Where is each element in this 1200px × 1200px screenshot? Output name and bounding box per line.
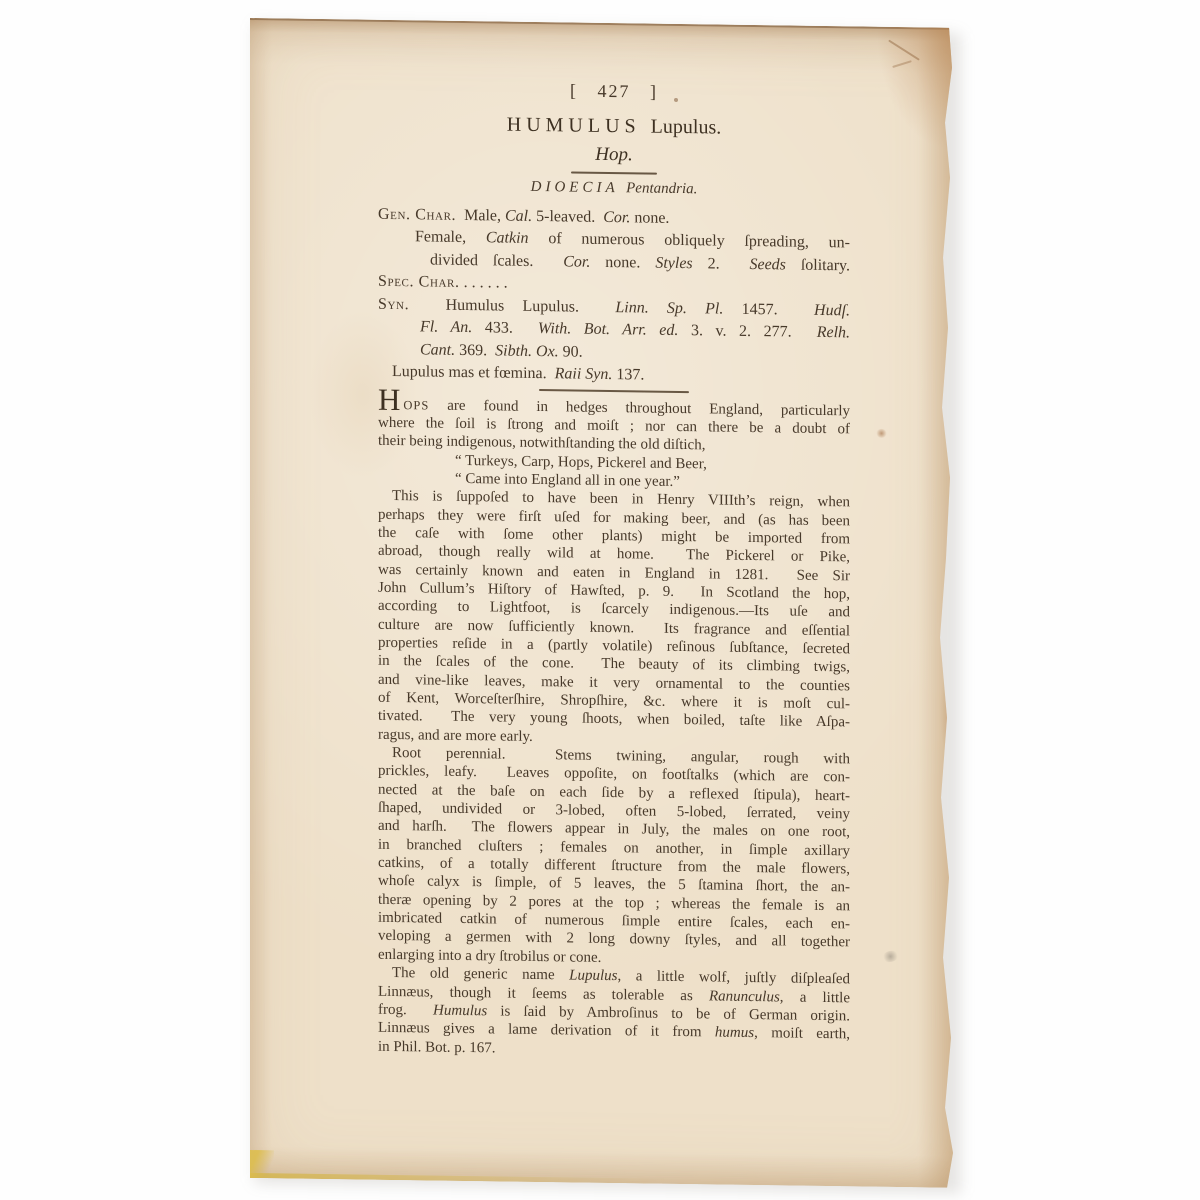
text-segment: , a little [780, 989, 850, 1006]
text-segment: Female, [415, 229, 486, 247]
text-segment: Cor. [563, 253, 590, 270]
text-segment: HUMULUS [507, 114, 641, 138]
text-segment: 2. [693, 255, 750, 273]
text-segment: Cor. [603, 209, 630, 226]
smudge-stain [881, 949, 900, 964]
text-segment: 137. [612, 366, 644, 383]
text-segment: Lupulus. [641, 115, 722, 138]
text-segment: Syn. [378, 296, 409, 313]
text-segment: 5-leaved. [532, 208, 603, 226]
text-segment: Ranunculus [709, 988, 780, 1005]
common-name: Hop. [378, 140, 850, 171]
text-segment: , moiſt earth, [754, 1025, 850, 1042]
text-segment: Spec. Char. [378, 273, 460, 291]
text-segment: divided ſcales. [430, 251, 563, 270]
text-segment: DIOECIA [531, 179, 619, 196]
text-segment: Styles [655, 255, 692, 273]
page-number: [ 427 ] [378, 76, 850, 107]
text-column: [ 427 ] HUMULUS Lupulus. Hop. DIOECIA Pe… [378, 76, 850, 1062]
text-segment: With. Bot. Arr. ed. [538, 320, 678, 339]
text-segment: . . . . . . [460, 274, 508, 292]
botanical-characters-block: Gen. Char. Male, Cal. 5-leaved. Cor. non… [378, 204, 850, 390]
text-segment: Seeds [749, 256, 785, 274]
text-segment: none. [630, 209, 669, 227]
text-segment: 90. [559, 343, 583, 360]
text-segment: Lupulus mas et fœmina. [392, 363, 555, 382]
text-segment: their being indigenous, notwithſtanding … [378, 433, 705, 454]
text-segment: Humulus Lupulus. [409, 296, 615, 316]
text-segment: Gen. Char. [378, 206, 456, 224]
text-segment: OPS [403, 398, 429, 412]
text-segment: The old generic name [392, 965, 569, 983]
text-segment: Male, [456, 207, 505, 225]
divider-rule [571, 171, 657, 174]
linnaean-class: DIOECIA Pentandria. [378, 174, 850, 203]
text-segment: Linn. Sp. Pl. [615, 299, 723, 318]
text-segment: Sibth. Ox. [495, 342, 559, 360]
foxing-spot [876, 429, 887, 438]
text-segment: Hop. [595, 144, 632, 166]
text-segment: none. [590, 254, 655, 272]
text-segment: “ Turkeys, Carp, Hops, Pickerel and Beer… [455, 452, 707, 472]
text-segment: Humulus [433, 1002, 487, 1019]
yellowed-corner [250, 1150, 274, 1178]
text-segment: Cant. [420, 341, 455, 358]
description-block: HOPS are found in hedges throughout Engl… [378, 395, 850, 1062]
text-segment: Pentandria. [619, 180, 698, 197]
worn-corner [878, 27, 956, 148]
scanned-page-photo: [ 427 ] HUMULUS Lupulus. Hop. DIOECIA Pe… [0, 0, 1200, 1200]
text-segment: 1457. [723, 300, 814, 318]
divider-rule [539, 389, 689, 393]
text-segment: Fl. An. [420, 319, 472, 337]
text-segment: ſolitary. [786, 256, 850, 274]
text-segment: Lupulus [569, 968, 617, 985]
text-segment: 433. [472, 319, 538, 337]
text-segment: enlarging into a dry ſtrobilus or cone. [378, 947, 601, 966]
text-segment: ragus, and are more early. [378, 726, 533, 744]
text-segment: 369. [455, 341, 495, 359]
text-segment: “ Came into England all in one year.” [455, 471, 680, 490]
text-segment: humus [715, 1025, 754, 1042]
text-segment: frog. [378, 1002, 433, 1019]
text-segment: , a little wolf, juſtly diſpleaſed [618, 968, 851, 987]
text-segment: Relh. [817, 324, 850, 341]
text-segment: Hudſ. [814, 302, 850, 320]
text-segment: Catkin [486, 230, 529, 248]
species-title: HUMULUS Lupulus. [378, 110, 850, 143]
text-segment: Raii Syn. [555, 365, 613, 383]
text-segment: of numerous obliquely ſpreading, un- [529, 230, 850, 251]
text-segment: Cal. [505, 208, 532, 225]
drop-cap: H [378, 381, 400, 416]
text-segment: 3. v. 2. 277. [678, 322, 816, 341]
text-segment: in Phil. Bot. p. 167. [378, 1038, 496, 1056]
book-page: [ 427 ] HUMULUS Lupulus. Hop. DIOECIA Pe… [250, 18, 956, 1188]
